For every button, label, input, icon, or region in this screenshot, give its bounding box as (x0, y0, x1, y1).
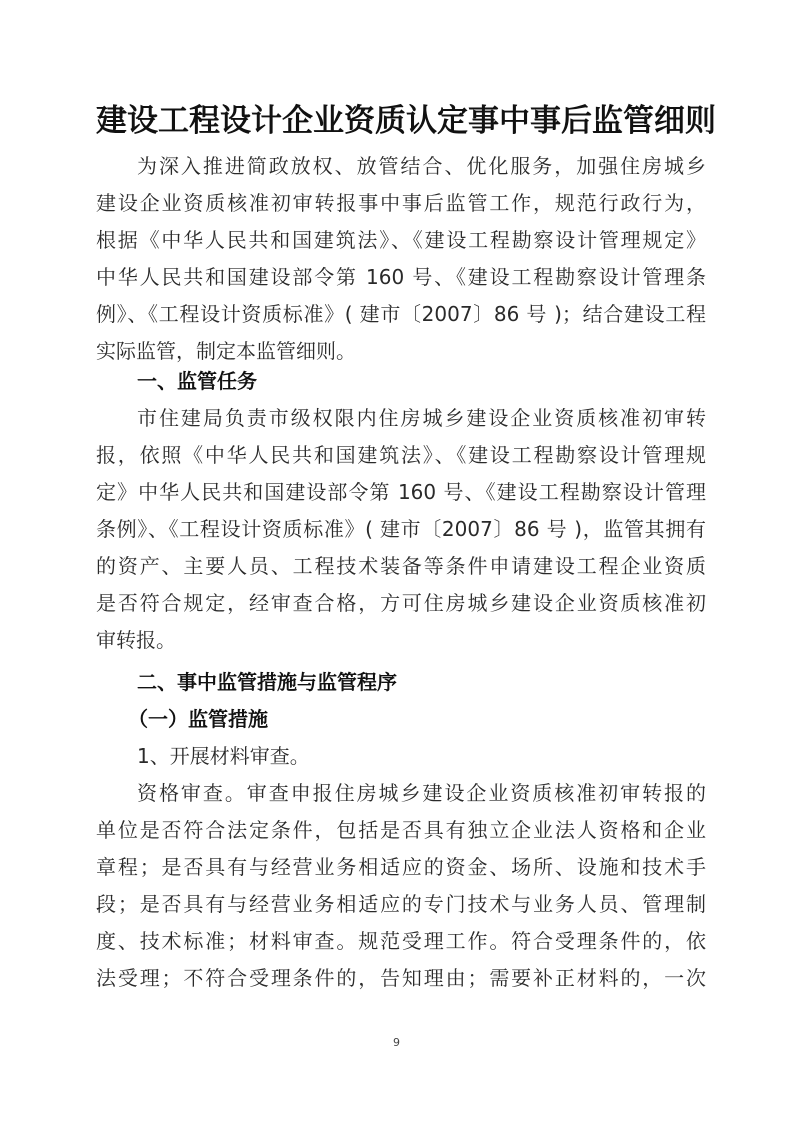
paragraph-line: 资格审查。审查申报住房城乡建设企业资质核准初审转报的 (137, 779, 706, 807)
paragraph-line: 法受理；不符合受理条件的，告知理由；需要补正材料的，一次 (96, 964, 706, 992)
list-item: 1、开展材料审查。 (137, 742, 706, 770)
paragraph-line: 为深入推进简政放权、放管结合、优化服务，加强住房城乡 (137, 152, 706, 180)
paragraph-line: 条例》、《工程设计资质标准》( 建市〔2007〕86 号 )，监管其拥有 (96, 515, 706, 543)
paragraph-line: 单位是否符合法定条件，包括是否具有独立企业法人资格和企业 (96, 816, 706, 844)
document-page: 建设工程设计企业资质认定事中事后监管细则 为深入推进简政放权、放管结合、优化服务… (0, 0, 793, 1122)
paragraph-line: 报，依照《中华人民共和国建筑法》、《建设工程勘察设计管理规 (96, 441, 706, 469)
page-number: 9 (0, 1036, 793, 1049)
paragraph-line: 中华人民共和国建设部令第 160 号、《建设工程勘察设计管理条 (96, 263, 706, 291)
paragraph-line: 建设企业资质核准初审转报事中事后监管工作，规范行政行为， (96, 189, 706, 217)
paragraph-line: 根据《中华人民共和国建筑法》、《建设工程勘察设计管理规定》 (96, 226, 706, 254)
paragraph-line: 的资产、主要人员、工程技术装备等条件申请建设工程企业资质 (96, 552, 706, 580)
paragraph-line: 是否符合规定，经审查合格，方可住房城乡建设企业资质核准初 (96, 589, 706, 617)
section-heading: 二、事中监管措施与监管程序 (137, 668, 397, 696)
section-heading: 一、监管任务 (137, 367, 257, 395)
paragraph-line: 实际监管，制定本监管细则。 (96, 337, 706, 365)
paragraph-line: 度、技术标准；材料审查。规范受理工作。符合受理条件的，依 (96, 927, 706, 955)
paragraph-line: 章程；是否具有与经营业务相适应的资金、场所、设施和技术手 (96, 853, 706, 881)
paragraph-line: 审转报。 (96, 626, 706, 654)
paragraph-line: 市住建局负责市级权限内住房城乡建设企业资质核准初审转 (137, 404, 706, 432)
paragraph-line: 段；是否具有与经营业务相适应的专门技术与业务人员、管理制 (96, 890, 706, 918)
paragraph-line: 定》中华人民共和国建设部令第 160 号、《建设工程勘察设计管理 (96, 478, 706, 506)
paragraph-line: 例》、《工程设计资质标准》( 建市〔2007〕86 号 )；结合建设工程 (96, 300, 706, 328)
subsection-heading: （一）监管措施 (128, 705, 268, 733)
document-title: 建设工程设计企业资质认定事中事后监管细则 (96, 101, 706, 141)
